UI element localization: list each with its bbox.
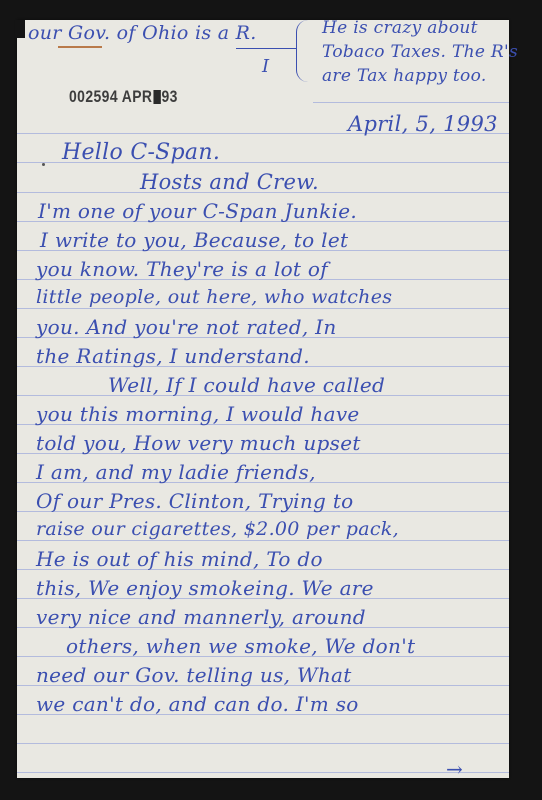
salutation: Hello C-Span. xyxy=(62,140,220,165)
bracketed-note-line: He is crazy about xyxy=(322,18,478,38)
stamp-blot xyxy=(153,90,160,104)
ruled-line xyxy=(17,540,509,541)
body-line: this, We enjoy smokeing. We are xyxy=(36,576,374,600)
roman-numeral: I xyxy=(262,56,269,77)
body-line: I am, and my ladie friends, xyxy=(36,460,316,484)
margin-note-underline xyxy=(236,48,296,49)
body-line: I write to you, Because, to let xyxy=(40,228,348,252)
body-line: Of our Pres. Clinton, Trying to xyxy=(36,489,354,513)
note-brace xyxy=(296,20,309,82)
body-line: you. And you're not rated, In xyxy=(36,315,337,339)
body-line: I'm one of your C-Span Junkie. xyxy=(38,199,357,223)
body-line: He is out of his mind, To do xyxy=(36,547,323,571)
staple-mark xyxy=(58,46,102,48)
salutation-line-2: Hosts and Crew. xyxy=(140,170,319,194)
stamp-number: 002594 xyxy=(69,87,118,106)
margin-note-governor: our Gov. of Ohio is a R. xyxy=(28,22,257,44)
body-line: you this morning, I would have xyxy=(36,402,360,426)
ruled-line xyxy=(17,308,509,309)
paper-speck xyxy=(42,163,45,166)
bracketed-note-line: Tobaco Taxes. The R's xyxy=(322,42,518,62)
body-line: little people, out here, who watches xyxy=(36,286,392,308)
stamp-month: APR xyxy=(122,87,153,106)
ruled-line xyxy=(17,772,509,773)
body-line: raise our cigarettes, $2.00 per pack, xyxy=(36,518,399,540)
body-line: Well, If I could have called xyxy=(108,373,385,397)
continue-arrow-icon: → xyxy=(446,757,463,781)
bracketed-note-line: are Tax happy too. xyxy=(322,66,487,86)
ruled-line xyxy=(17,743,509,744)
letter-date: April, 5, 1993 xyxy=(348,112,498,136)
body-line: the Ratings, I understand. xyxy=(36,344,310,368)
paper-torn-corner xyxy=(15,20,25,38)
body-line: others, when we smoke, We don't xyxy=(66,634,415,658)
body-line: need our Gov. telling us, What xyxy=(36,663,352,687)
body-line: very nice and mannerly, around xyxy=(36,605,366,629)
stamp-year: 93 xyxy=(161,87,177,106)
body-line: we can't do, and can do. I'm so xyxy=(36,692,359,716)
body-line: told you, How very much upset xyxy=(36,431,361,455)
received-stamp: 002594 APR93 xyxy=(69,87,178,107)
body-line: you know. They're is a lot of xyxy=(36,257,328,281)
note-rule xyxy=(313,102,509,103)
